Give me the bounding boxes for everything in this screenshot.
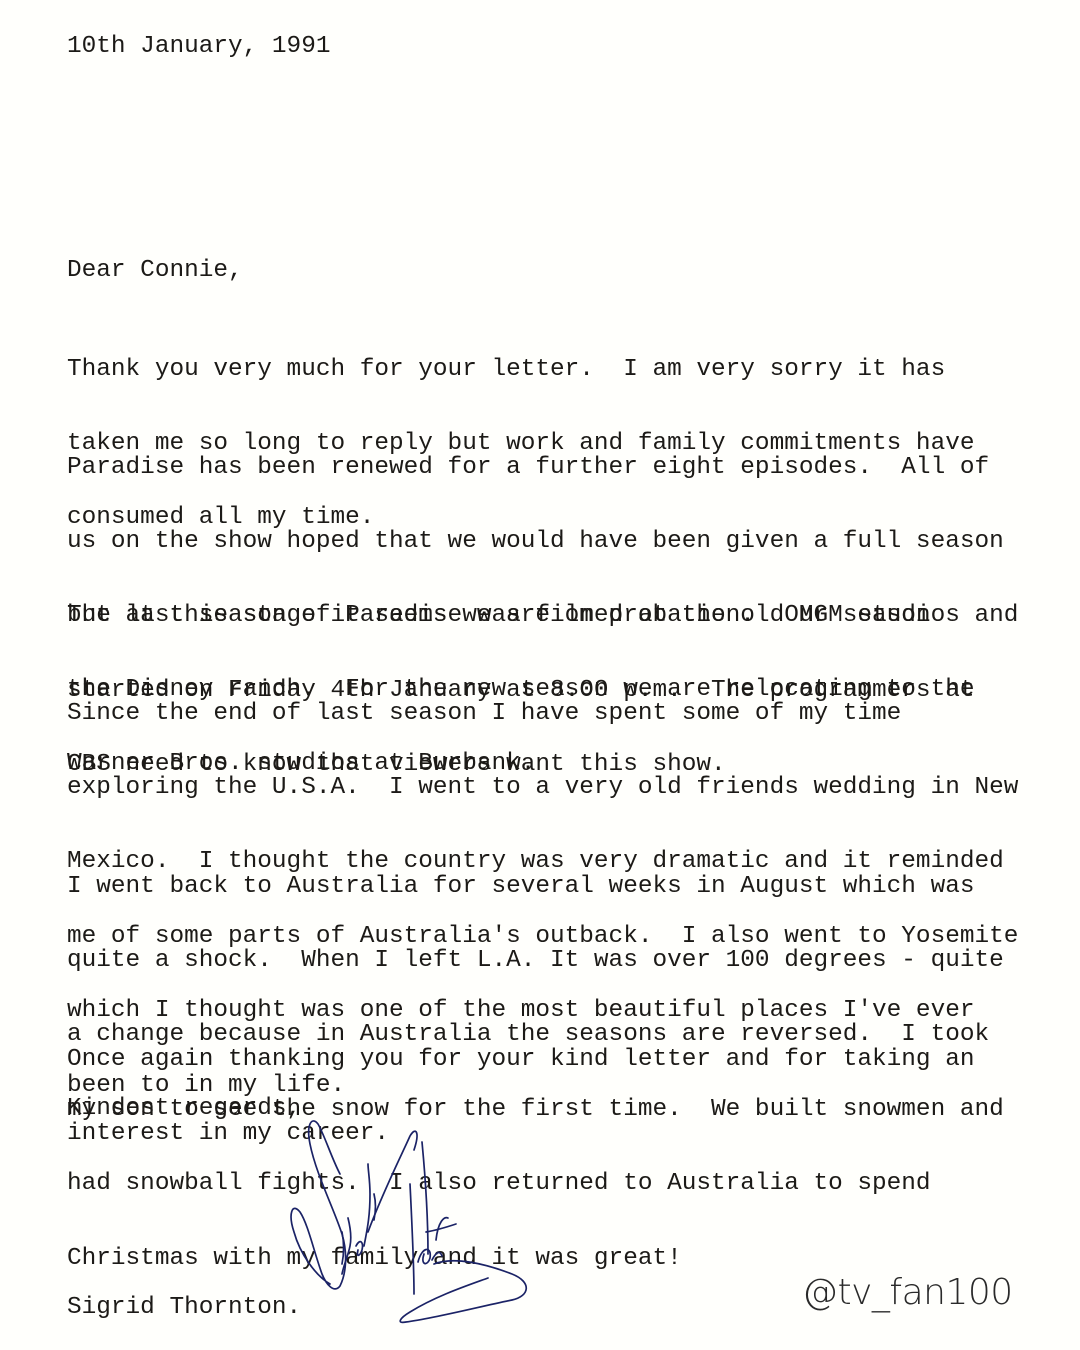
text-line: I went back to Australia for several wee… <box>67 875 1004 900</box>
text-line: The last season of Paradise was filmed a… <box>67 604 1018 629</box>
text-line: Thank you very much for your letter. I a… <box>67 358 974 383</box>
text-line: Since the end of last season I have spen… <box>67 702 1018 727</box>
letter-page: 10th January, 1991 Dear Connie, Thank yo… <box>0 0 1080 1350</box>
text-line: quite a shock. When I left L.A. It was o… <box>67 949 1004 974</box>
text-line: exploring the U.S.A. I went to a very ol… <box>67 776 1018 801</box>
salutation: Dear Connie, <box>67 259 243 284</box>
signer-name: Sigrid Thornton. <box>67 1296 301 1321</box>
watermark-handle: @tv_fan100 <box>802 1272 1013 1313</box>
text-line: Once again thanking you for your kind le… <box>67 1048 974 1073</box>
text-line: us on the show hoped that we would have … <box>67 530 1004 555</box>
letter-date: 10th January, 1991 <box>67 35 330 60</box>
handwritten-signature-icon <box>286 1114 536 1329</box>
text-line: Paradise has been renewed for a further … <box>67 456 1004 481</box>
closing: Kindest regards, <box>67 1097 301 1122</box>
